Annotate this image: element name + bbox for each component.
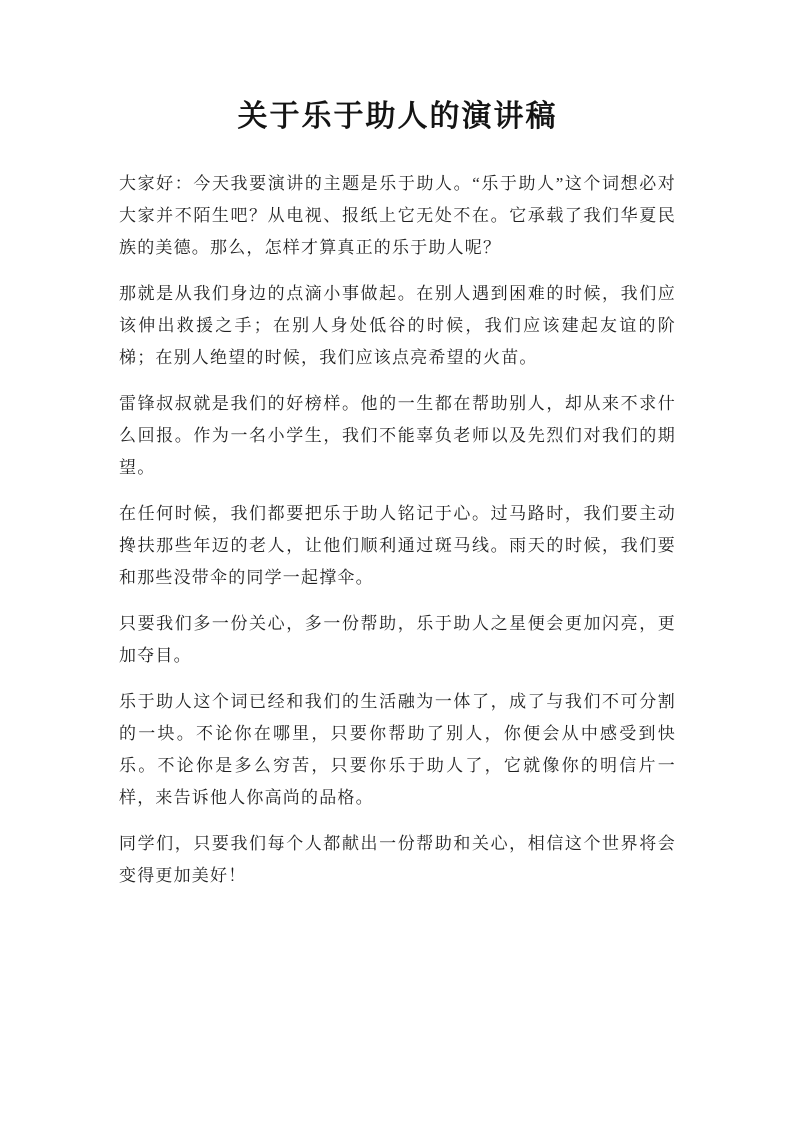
- paragraph-1: 大家好：今天我要演讲的主题是乐于助人。“乐于助人”这个词想必对大家并不陌生吧？从…: [119, 168, 676, 264]
- document-title: 关于乐于助人的演讲稿: [119, 96, 676, 138]
- paragraph-5: 只要我们多一份关心，多一份帮助，乐于助人之星便会更加闪亮，更加夺目。: [119, 608, 676, 672]
- paragraph-3: 雷锋叔叔就是我们的好榜样。他的一生都在帮助别人，却从来不求什么回报。作为一名小学…: [119, 388, 676, 484]
- paragraph-2: 那就是从我们身边的点滴小事做起。在别人遇到困难的时候，我们应该伸出救援之手；在别…: [119, 278, 676, 374]
- paragraph-4: 在任何时候，我们都要把乐于助人铭记于心。过马路时，我们要主动搀扶那些年迈的老人，…: [119, 498, 676, 594]
- paragraph-6: 乐于助人这个词已经和我们的生活融为一体了，成了与我们不可分割的一块。不论你在哪里…: [119, 686, 676, 814]
- paragraph-7: 同学们，只要我们每个人都献出一份帮助和关心，相信这个世界将会变得更加美好！: [119, 828, 676, 892]
- document-page: 关于乐于助人的演讲稿 大家好：今天我要演讲的主题是乐于助人。“乐于助人”这个词想…: [0, 0, 793, 1122]
